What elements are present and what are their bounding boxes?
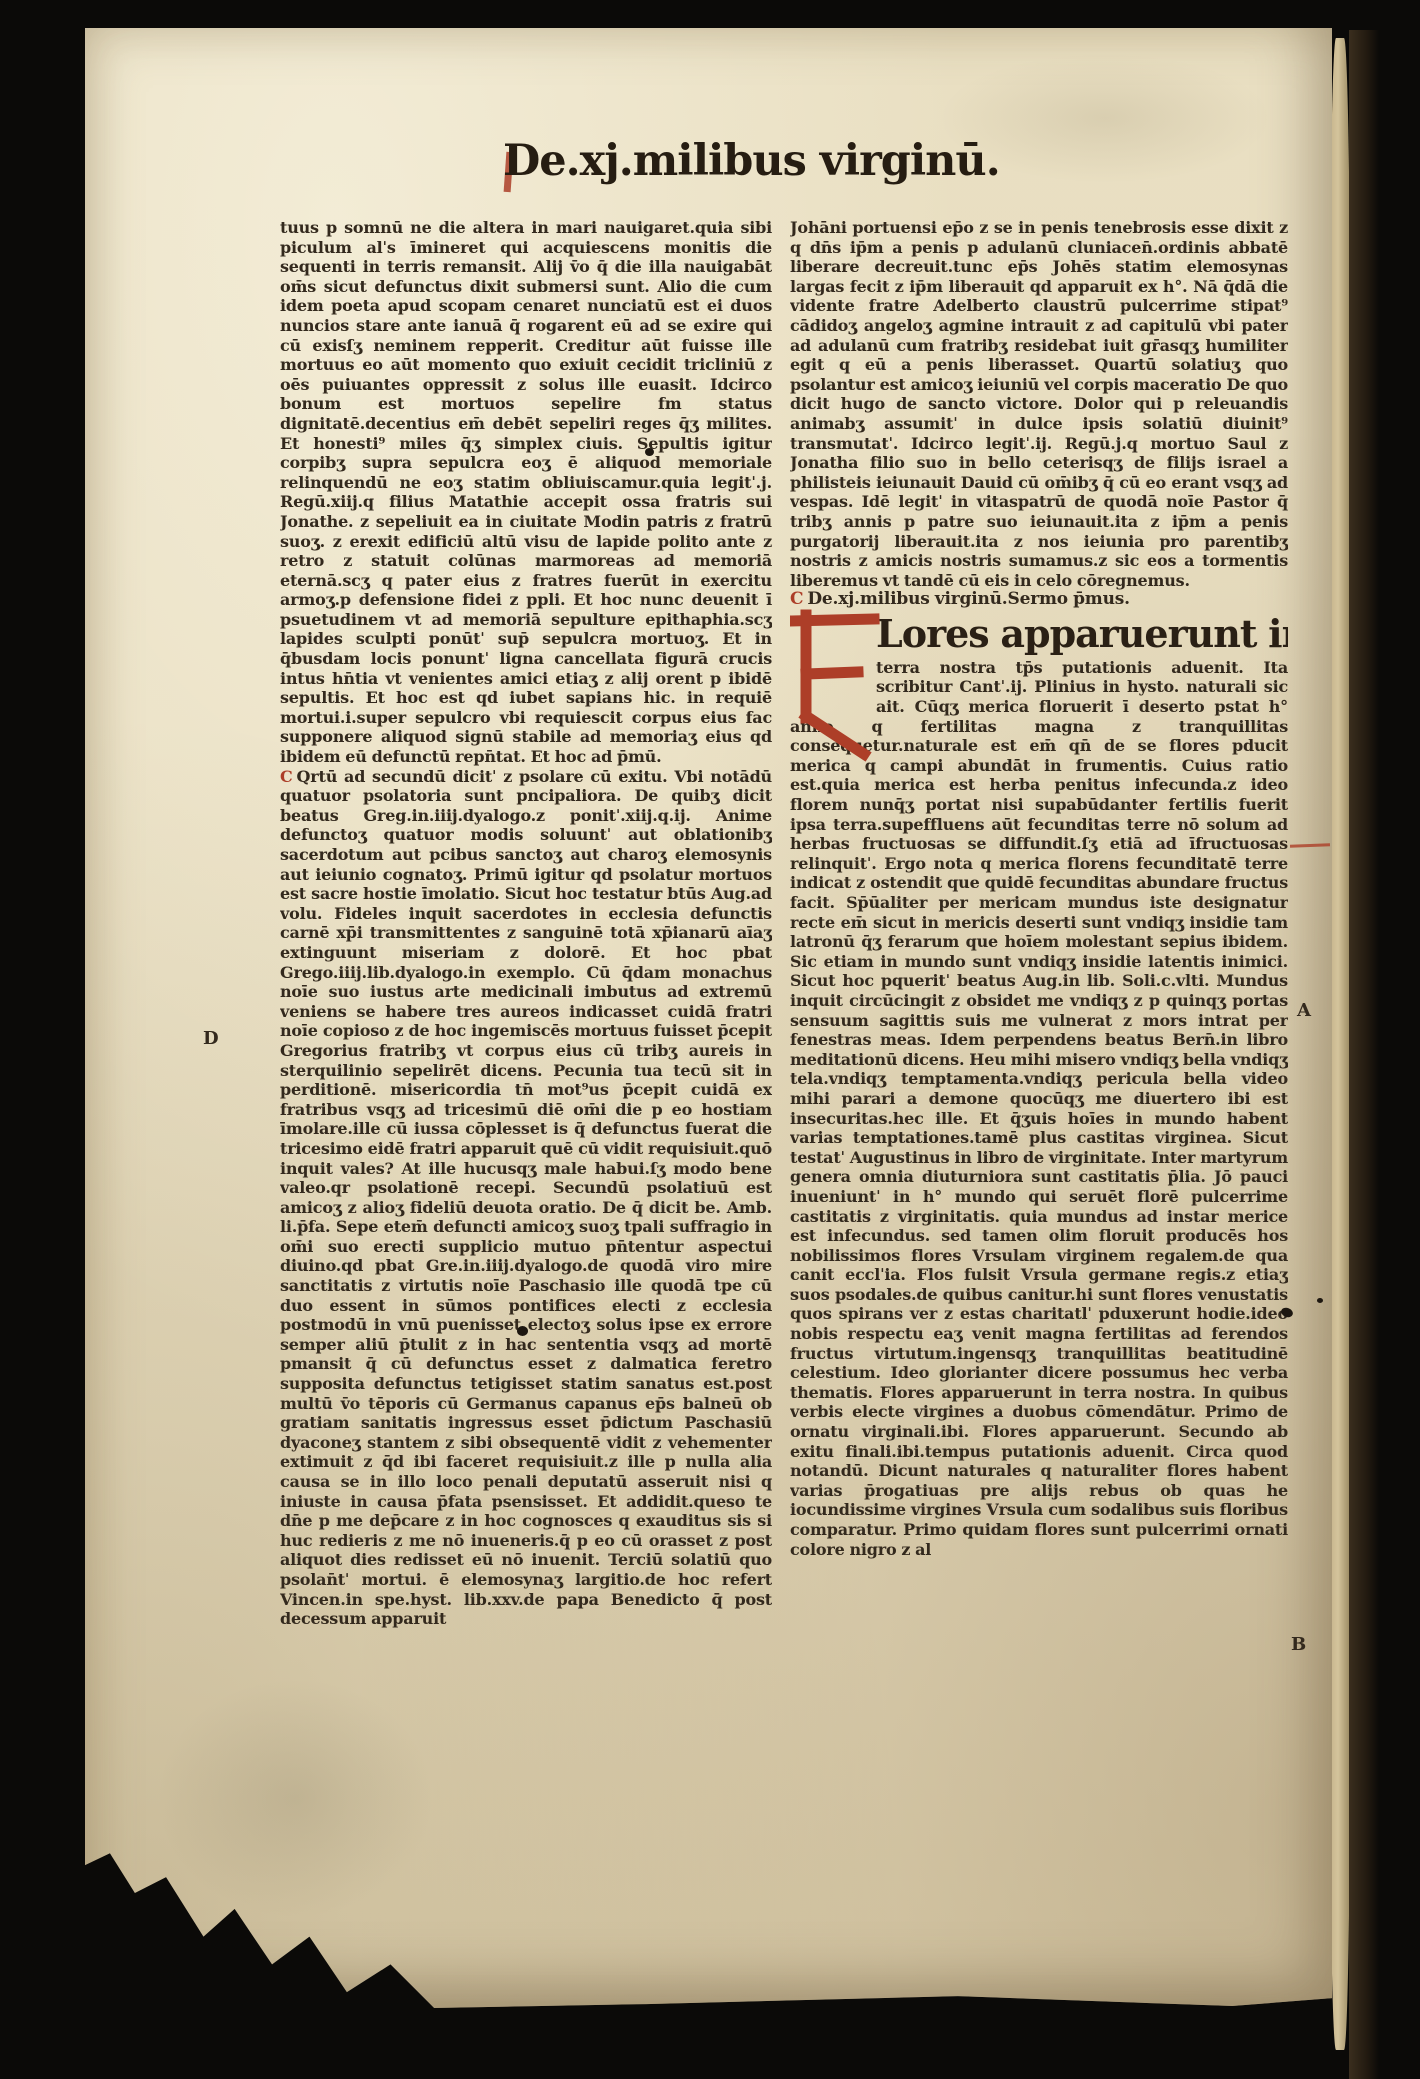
paragraph: tuus p somnū ne die altera in mari nauig… <box>280 218 772 767</box>
marginal-letter-d: D <box>203 1028 219 1049</box>
marginal-letter-a: A <box>1297 1000 1311 1021</box>
paragraph: Johāni portuensi ep̄o z se in penis tene… <box>790 218 1288 590</box>
incunabulum-leaf: De.xj.milibus virginū. tuus p somnū ne d… <box>85 28 1332 2012</box>
scan-background: { "header": { "title": "De.xj.milibus vi… <box>0 0 1420 2079</box>
running-title: De.xj.milibus virginū. <box>503 136 1063 186</box>
lombard-initial-icon <box>790 606 884 756</box>
paragraph-text: Qrtū ad secundū dicitˈ z psolare cū exit… <box>280 767 772 1629</box>
paragraph: CQrtū ad secundū dicitˈ z psolare cū exi… <box>280 767 772 1629</box>
paragraph-text: tuus p somnū ne die altera in mari nauig… <box>280 218 772 766</box>
ink-blot <box>645 448 654 456</box>
ink-blot <box>517 1326 528 1336</box>
sermon-incipit-block: F Lores apparuerunt in terra nostra tp̄s… <box>790 610 1288 1559</box>
sermon-body-text: terra nostra tp̄s putationis aduenit. It… <box>790 658 1288 1559</box>
paragraph-mark-icon: C <box>280 767 297 786</box>
left-text-column: tuus p somnū ne die altera in mari nauig… <box>280 218 772 1716</box>
marginal-letter-b: B <box>1291 1634 1306 1655</box>
book-fore-edge-leaf <box>1330 38 1350 2050</box>
ink-blot <box>1317 1298 1323 1303</box>
book-fore-edge-shadow <box>1349 30 1379 2079</box>
rubricated-initial-F: F <box>790 610 876 698</box>
red-margin-mark <box>1290 843 1330 847</box>
paragraph-text: Johāni portuensi ep̄o z se in penis tene… <box>790 218 1288 590</box>
right-text-column: Johāni portuensi ep̄o z se in penis tene… <box>790 218 1288 1716</box>
